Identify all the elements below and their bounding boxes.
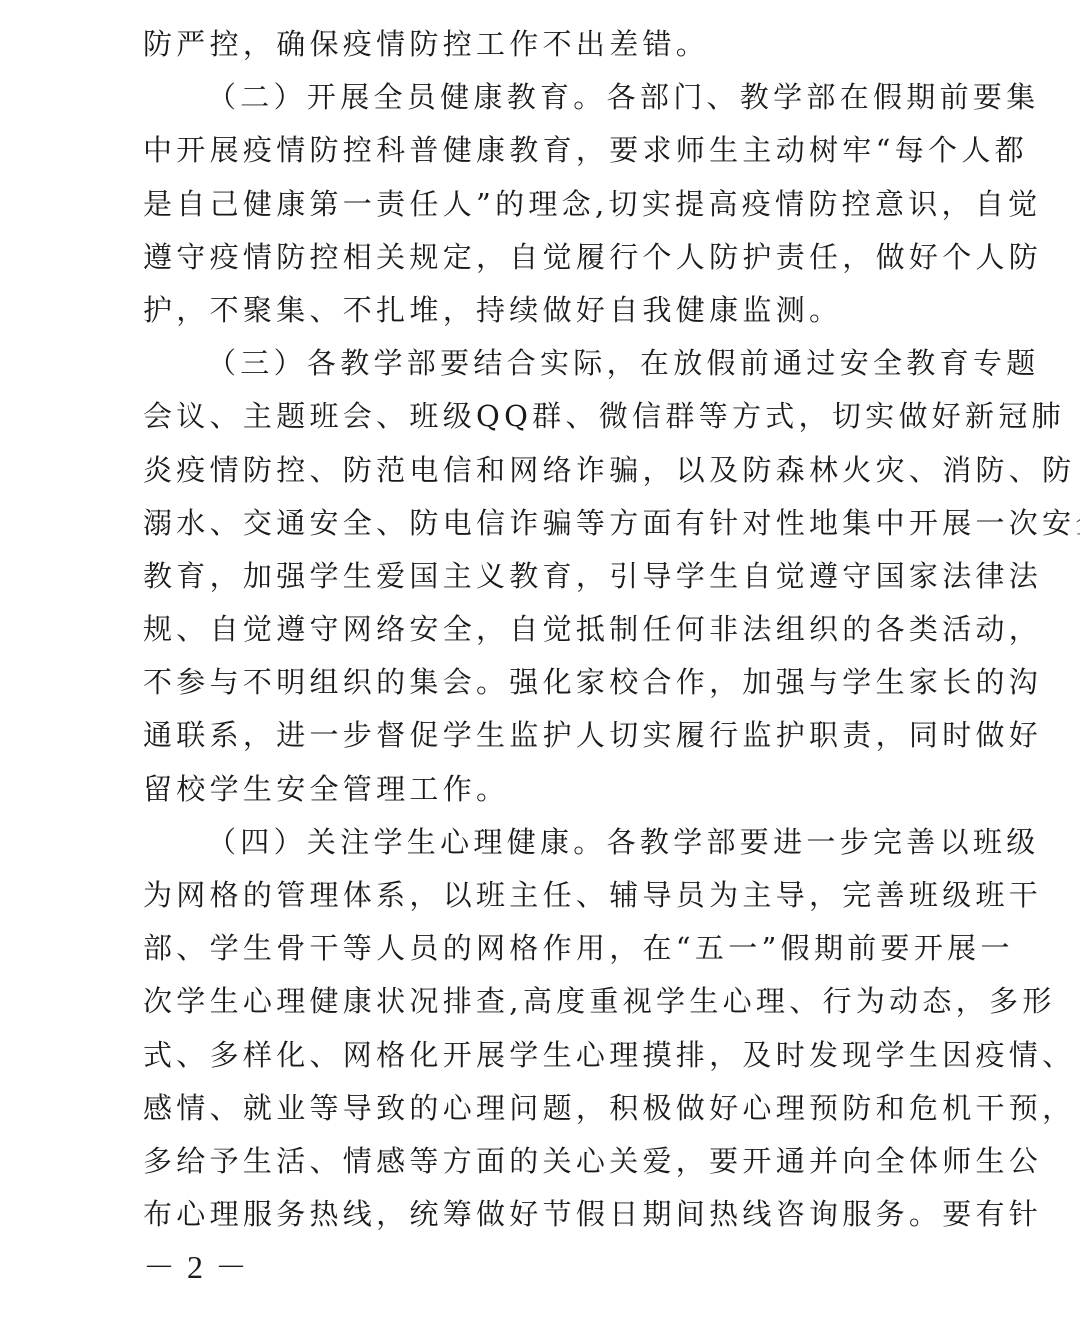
text-line: 规、自觉遵守网络安全，自觉抵制任何非法组织的各类活动， — [143, 603, 943, 656]
text-line: 炎疫情防控、防范电信和网络诈骗，以及防森林火灾、消防、防 — [143, 444, 943, 497]
text-line: 是自己健康第一责任人”的理念,切实提高疫情防控意识，自觉 — [143, 178, 943, 231]
text-line: 会议、主题班会、班级QQ群、微信群等方式，切实做好新冠肺 — [143, 390, 943, 443]
text-line: 溺水、交通安全、防电信诈骗等方面有针对性地集中开展一次安全 — [143, 497, 943, 550]
text-line: 多给予生活、情感等方面的关心关爱，要开通并向全体师生公 — [143, 1135, 943, 1188]
text-line: 遵守疫情防控相关规定，自觉履行个人防护责任，做好个人防 — [143, 231, 943, 284]
paragraph-first-line: （二）开展全员健康教育。各部门、教学部在假期前要集 — [143, 71, 943, 124]
text-line: 部、学生骨干等人员的网格作用，在“五一”假期前要开展一 — [143, 922, 943, 975]
text-line: 防严控，确保疫情防控工作不出差错。 — [143, 18, 943, 71]
text-line: 护，不聚集、不扎堆，持续做好自我健康监测。 — [143, 284, 943, 337]
text-line: 教育，加强学生爱国主义教育，引导学生自觉遵守国家法律法 — [143, 550, 943, 603]
paragraph-first-line: （四）关注学生心理健康。各教学部要进一步完善以班级 — [143, 816, 943, 869]
text-line: 通联系，进一步督促学生监护人切实履行监护职责，同时做好 — [143, 709, 943, 762]
text-line: 留校学生安全管理工作。 — [143, 763, 943, 816]
paragraph-first-line: （三）各教学部要结合实际，在放假前通过安全教育专题 — [143, 337, 943, 390]
page-number: － 2 － — [143, 1247, 249, 1287]
text-line: 为网格的管理体系，以班主任、辅导员为主导，完善班级班干 — [143, 869, 943, 922]
text-line: 不参与不明组织的集会。强化家校合作，加强与学生家长的沟 — [143, 656, 943, 709]
text-line: 次学生心理健康状况排查,高度重视学生心理、行为动态，多形 — [143, 975, 943, 1028]
document-page: 防严控，确保疫情防控工作不出差错。（二）开展全员健康教育。各部门、教学部在假期前… — [0, 0, 1080, 1319]
text-line: 中开展疫情防控科普健康教育，要求师生主动树牢“每个人都 — [143, 124, 943, 177]
document-body: 防严控，确保疫情防控工作不出差错。（二）开展全员健康教育。各部门、教学部在假期前… — [143, 18, 943, 1241]
text-line: 感情、就业等导致的心理问题，积极做好心理预防和危机干预， — [143, 1082, 943, 1135]
text-line: 式、多样化、网格化开展学生心理摸排，及时发现学生因疫情、 — [143, 1029, 943, 1082]
text-line: 布心理服务热线，统筹做好节假日期间热线咨询服务。要有针 — [143, 1188, 943, 1241]
